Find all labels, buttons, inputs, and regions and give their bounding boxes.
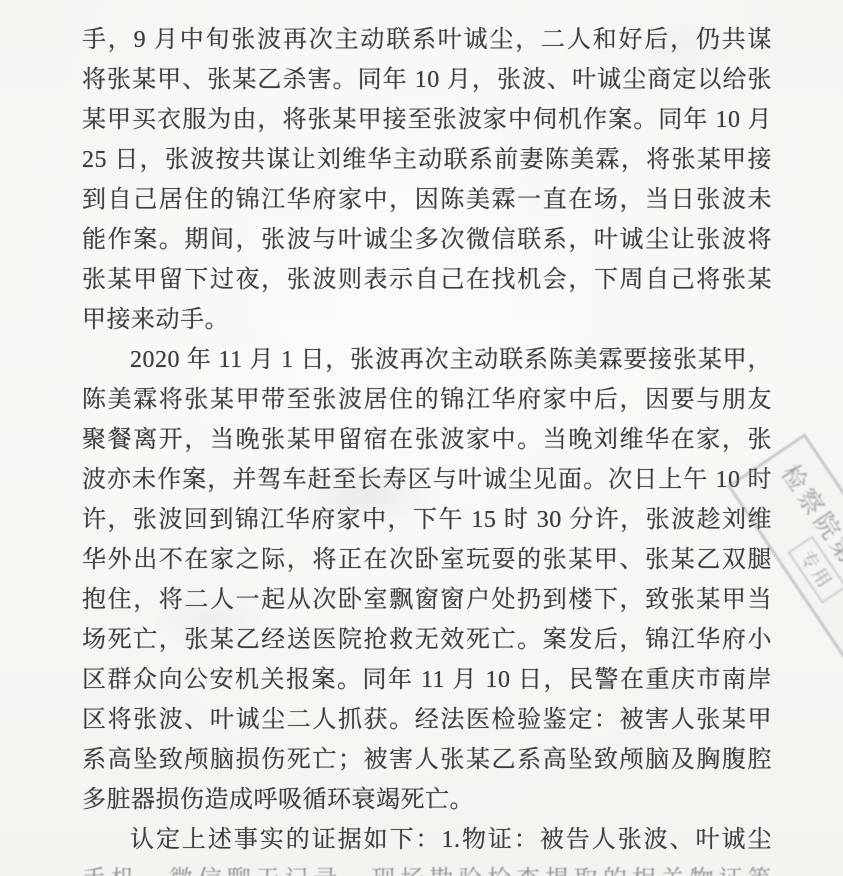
text-line: 抱住，将二人一起从次卧室飘窗窗户处扔到楼下，致张某甲当 <box>82 580 772 620</box>
text-line: 区将张波、叶诚尘二人抓获。经法医检验鉴定：被害人张某甲 <box>82 700 772 740</box>
text-line: 场死亡，张某乙经送医院抢救无效死亡。案发后，锦江华府小 <box>82 620 772 660</box>
truncated-bottom-line: 手机，微信聊天记录，现场勘验检查提取的相关物证等 <box>82 860 772 876</box>
text-line: 聚餐离开，当晚张某甲留宿在张波家中。当晚刘维华在家，张 <box>82 420 772 460</box>
text-line: 甲接来动手。 <box>82 300 772 340</box>
text-line: 认定上述事实的证据如下：1.物证：被告人张波、叶诚尘 <box>82 820 772 860</box>
text-line: 张某甲留下过夜，张波则表示自己在找机会，下周自己将张某 <box>82 260 772 300</box>
text-line: 2020 年 11 月 1 日，张波再次主动联系陈美霖要接张某甲， <box>82 340 772 380</box>
text-line: 多脏器损伤造成呼吸循环衰竭死亡。 <box>82 780 772 820</box>
text-line: 将张某甲、张某乙杀害。同年 10 月，张波、叶诚尘商定以给张 <box>82 60 772 100</box>
body-text: 手，9 月中旬张波再次主动联系叶诚尘，二人和好后，仍共谋将张某甲、张某乙杀害。同… <box>82 20 772 860</box>
document-page: 手，9 月中旬张波再次主动联系叶诚尘，二人和好后，仍共谋将张某甲、张某乙杀害。同… <box>0 0 843 876</box>
text-line: 陈美霖将张某甲带至张波居住的锦江华府家中后，因要与朋友 <box>82 380 772 420</box>
text-line: 某甲买衣服为由，将张某甲接至张波家中伺机作案。同年 10 月 <box>82 100 772 140</box>
text-line: 能作案。期间，张波与叶诚尘多次微信联系，叶诚尘让张波将 <box>82 220 772 260</box>
text-line: 波亦未作案，并驾车赶至长寿区与叶诚尘见面。次日上午 10 时 <box>82 460 772 500</box>
text-line: 系高坠致颅脑损伤死亡；被害人张某乙系高坠致颅脑及胸腹腔 <box>82 740 772 780</box>
text-line: 华外出不在家之际，将正在次卧室玩耍的张某甲、张某乙双腿 <box>82 540 772 580</box>
text-line: 许，张波回到锦江华府家中，下午 15 时 30 分许，张波趁刘维 <box>82 500 772 540</box>
text-line: 手，9 月中旬张波再次主动联系叶诚尘，二人和好后，仍共谋 <box>82 20 772 60</box>
text-line: 区群众向公安机关报案。同年 11 月 10 日，民警在重庆市南岸 <box>82 660 772 700</box>
text-line: 25 日，张波按共谋让刘维华主动联系前妻陈美霖，将张某甲接 <box>82 140 772 180</box>
text-line: 到自己居住的锦江华府家中，因陈美霖一直在场，当日张波未 <box>82 180 772 220</box>
